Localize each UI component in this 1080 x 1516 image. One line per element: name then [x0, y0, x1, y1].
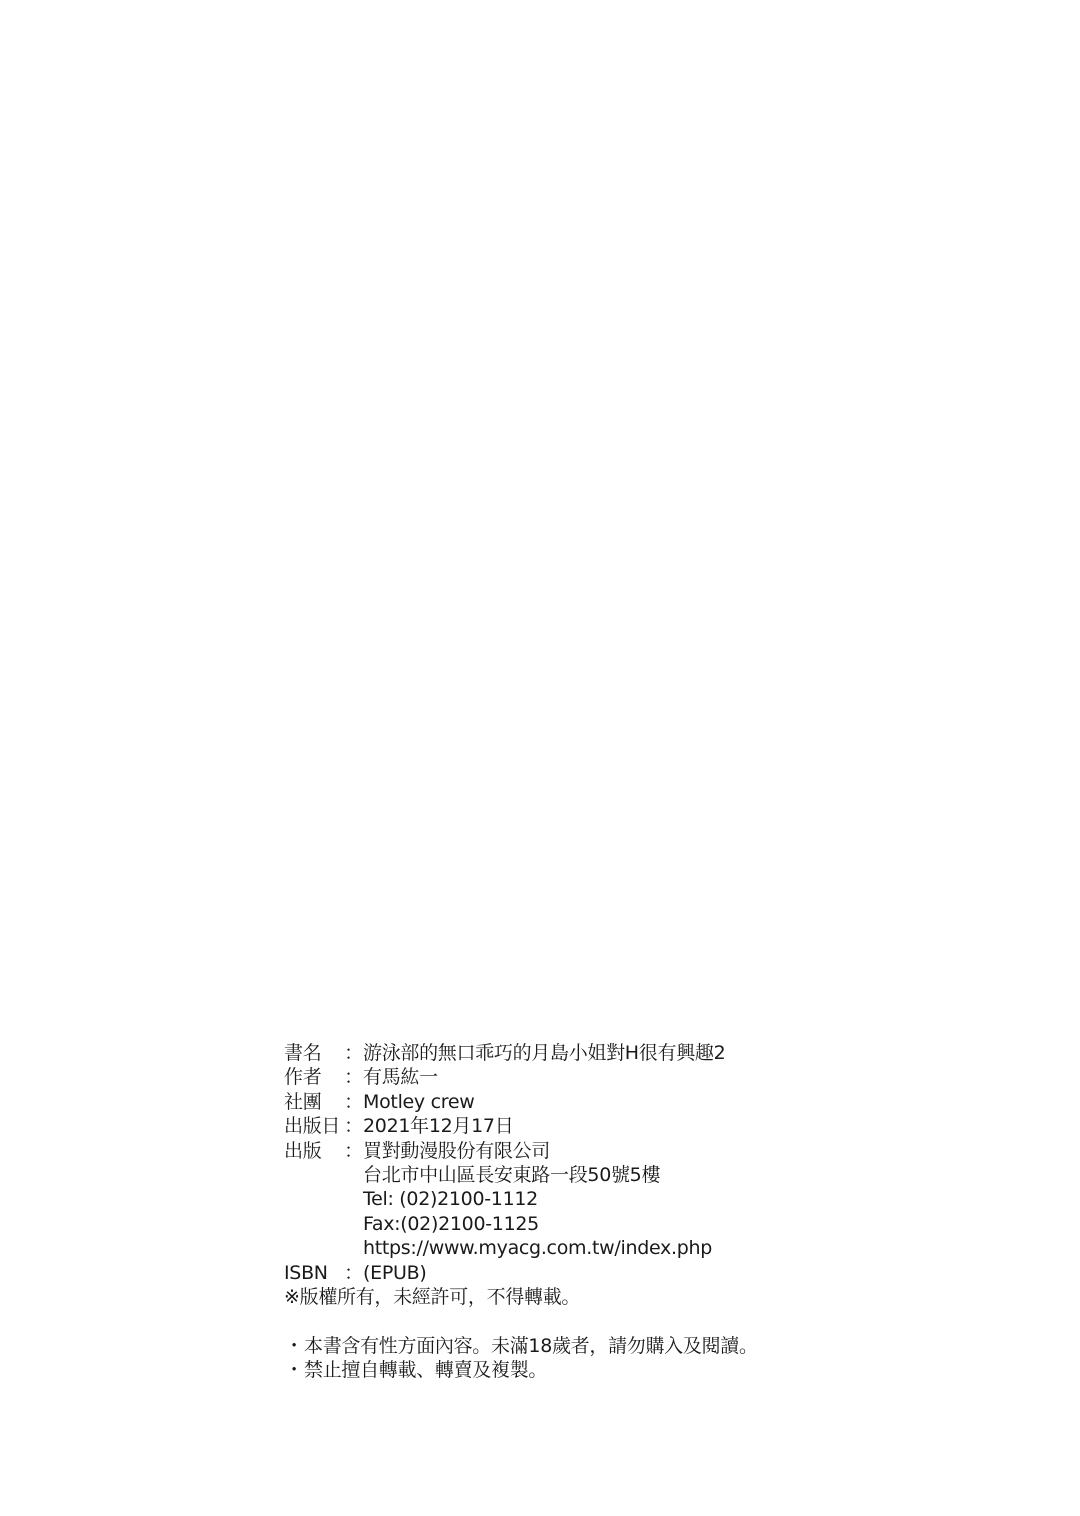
publish-date-label: 出版日 [284, 1114, 344, 1138]
publisher-colon: ： [344, 1139, 363, 1163]
notice-text: 禁止擅自轉載、轉賣及複製。 [304, 1358, 547, 1382]
copyright-row: ※版權所有，未經許可，不得轉載。 [284, 1285, 758, 1309]
author-value: 有馬紘一 [363, 1065, 438, 1089]
publish-date-row: 出版日 ： 2021年12月17日 [284, 1114, 758, 1138]
circle-label: 社團 [284, 1090, 344, 1114]
publisher-address-row: 台北市中山區長安東路一段50號5樓 [284, 1163, 758, 1187]
publisher-row: 出版 ： 買對動漫股份有限公司 [284, 1139, 758, 1163]
title-label: 書名 [284, 1041, 344, 1065]
publish-date-colon: ： [344, 1114, 363, 1138]
author-label: 作者 [284, 1065, 344, 1089]
isbn-colon: ： [344, 1261, 363, 1285]
circle-colon: ： [344, 1090, 363, 1114]
isbn-row: ISBN ： (EPUB) [284, 1261, 758, 1285]
publisher-address: 台北市中山區長安東路一段50號5樓 [363, 1163, 660, 1187]
bullet-icon: ・ [284, 1334, 304, 1358]
publisher-fax-row: Fax:(02)2100-1125 [284, 1212, 758, 1236]
colophon-block: 書名 ： 游泳部的無口乖巧的月島小姐對H很有興趣2 作者 ： 有馬紘一 社團 ：… [284, 1041, 758, 1382]
copyright-text: ※版權所有，未經許可，不得轉載。 [284, 1285, 580, 1309]
publisher-tel-row: Tel: (02)2100-1112 [284, 1187, 758, 1211]
spacer [284, 1309, 758, 1333]
bullet-icon: ・ [284, 1358, 304, 1382]
publisher-name: 買對動漫股份有限公司 [363, 1139, 550, 1163]
publish-date-value: 2021年12月17日 [363, 1114, 513, 1138]
circle-value: Motley crew [363, 1090, 475, 1114]
isbn-value: (EPUB) [363, 1261, 426, 1285]
isbn-label: ISBN [284, 1261, 344, 1285]
notice-item-reproduction: ・ 禁止擅自轉載、轉賣及複製。 [284, 1358, 758, 1382]
publisher-label: 出版 [284, 1139, 344, 1163]
publisher-url: https://www.myacg.com.tw/index.php [363, 1236, 712, 1260]
publisher-url-row: https://www.myacg.com.tw/index.php [284, 1236, 758, 1260]
publisher-fax: Fax:(02)2100-1125 [363, 1212, 539, 1236]
publisher-tel: Tel: (02)2100-1112 [363, 1187, 538, 1211]
title-value: 游泳部的無口乖巧的月島小姐對H很有興趣2 [363, 1041, 725, 1065]
author-row: 作者 ： 有馬紘一 [284, 1065, 758, 1089]
author-colon: ： [344, 1065, 363, 1089]
circle-row: 社團 ： Motley crew [284, 1090, 758, 1114]
notice-item-age: ・ 本書含有性方面內容。未滿18歲者，請勿購入及閱讀。 [284, 1334, 758, 1358]
title-row: 書名 ： 游泳部的無口乖巧的月島小姐對H很有興趣2 [284, 1041, 758, 1065]
notice-text: 本書含有性方面內容。未滿18歲者，請勿購入及閱讀。 [304, 1334, 758, 1358]
title-colon: ： [344, 1041, 363, 1065]
